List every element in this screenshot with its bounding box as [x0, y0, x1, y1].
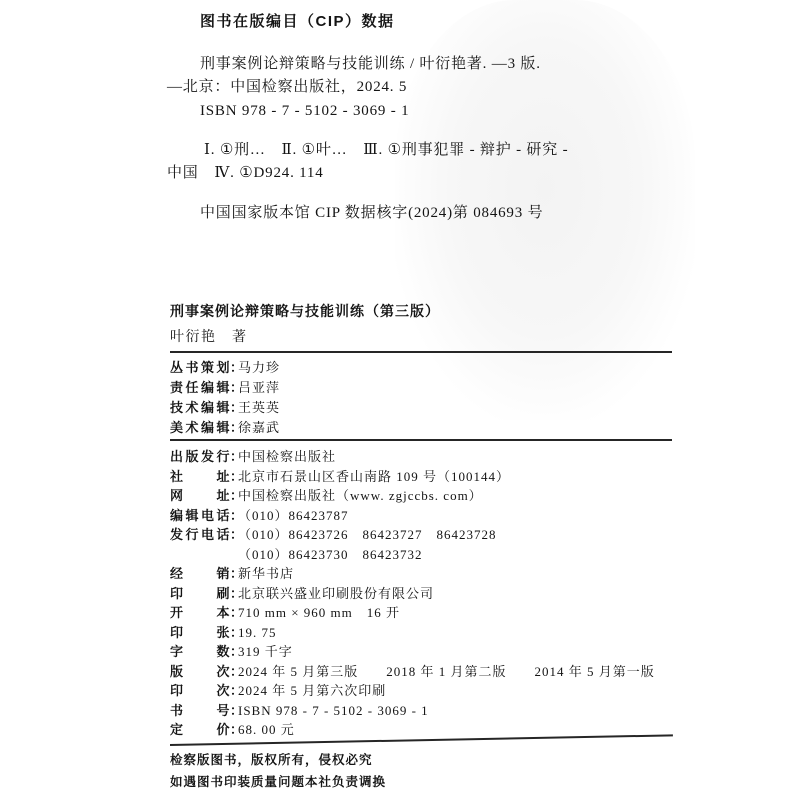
- publishing-row: 社 址：北京市石景山区香山南路 109 号（100144）: [170, 467, 510, 487]
- row-value: 中国检察出版社: [238, 447, 336, 467]
- cip-heading: 图书在版编目（CIP）数据: [200, 13, 395, 31]
- row-label: 网 址: [170, 486, 230, 506]
- row-value: 北京市石景山区香山南路 109 号（100144）: [238, 467, 510, 487]
- cip-line-record-number: 中国国家版本馆 CIP 数据核字(2024)第 084693 号: [200, 204, 543, 222]
- divider-rule: [170, 351, 672, 353]
- row-label: 发行电话: [170, 525, 230, 545]
- row-label: 编辑电话: [170, 506, 230, 526]
- row-colon: ：: [230, 358, 238, 378]
- row-value: 68. 00 元: [238, 720, 295, 740]
- row-colon: ：: [230, 681, 238, 701]
- publishing-row: 版 次：2024 年 5 月第三版 2018 年 1 月第二版 2014 年 5…: [170, 662, 655, 682]
- cip-line-isbn: ISBN 978 - 7 - 5102 - 3069 - 1: [200, 102, 409, 120]
- publishing-row: 印 刷：北京联兴盛业印刷股份有限公司: [170, 584, 434, 604]
- row-value: （010）86423726 86423727 86423728: [238, 525, 497, 545]
- row-value: 中国检察出版社（www. zgjccbs. com）: [238, 486, 483, 506]
- row-label: 开 本: [170, 603, 230, 623]
- row-colon: ：: [230, 564, 238, 584]
- row-colon: ：: [230, 378, 238, 398]
- row-label: 印 刷: [170, 584, 230, 604]
- row-value: （010）86423730 86423732: [238, 545, 423, 565]
- publishing-row: 印 次：2024 年 5 月第六次印刷: [170, 681, 386, 701]
- row-colon: ：: [230, 642, 238, 662]
- editor-row: 责任编辑：吕亚萍: [170, 378, 280, 398]
- row-colon: ：: [230, 662, 238, 682]
- replacement-notice: 如遇图书印装质量问题本社负责调换: [170, 773, 386, 791]
- row-colon: ：: [230, 398, 238, 418]
- row-value: 2024 年 5 月第三版 2018 年 1 月第二版 2014 年 5 月第一…: [238, 662, 655, 682]
- row-colon: ：: [230, 603, 238, 623]
- row-label: 印 次: [170, 681, 230, 701]
- editor-row: 丛书策划：马力珍: [170, 358, 280, 378]
- row-value: 19. 75: [238, 623, 277, 643]
- row-value: 710 mm × 960 mm 16 开: [238, 603, 400, 623]
- row-colon: ：: [230, 623, 238, 643]
- publishing-row: 编辑电话：（010）86423787: [170, 506, 349, 526]
- publishing-row-continuation: （010）86423730 86423732: [170, 545, 423, 565]
- row-label: 经 销: [170, 564, 230, 584]
- row-label: 版 次: [170, 662, 230, 682]
- row-label: [170, 545, 230, 565]
- cip-line-classification: 中国 Ⅳ. ①D924. 114: [167, 164, 324, 182]
- row-colon: ：: [230, 467, 238, 487]
- row-value: 马力珍: [238, 358, 280, 378]
- publishing-row: 字 数：319 千字: [170, 642, 293, 662]
- row-colon: ：: [230, 701, 238, 721]
- publishing-row: 定 价：68. 00 元: [170, 720, 295, 740]
- row-label: 定 价: [170, 720, 230, 740]
- row-value: 徐嘉武: [238, 418, 280, 438]
- divider-rule: [170, 439, 672, 441]
- row-label: 社 址: [170, 467, 230, 487]
- row-colon: ：: [230, 584, 238, 604]
- row-colon: ：: [230, 418, 238, 438]
- row-colon: ：: [230, 506, 238, 526]
- book-title: 刑事案例论辩策略与技能训练（第三版）: [170, 302, 440, 320]
- editor-row: 技术编辑：王英英: [170, 398, 280, 418]
- row-label: 美术编辑: [170, 418, 230, 438]
- publishing-row: 印 张：19. 75: [170, 623, 277, 643]
- row-colon: ：: [230, 486, 238, 506]
- publishing-row: 经 销：新华书店: [170, 564, 294, 584]
- row-colon: ：: [230, 447, 238, 467]
- publishing-row: 开 本：710 mm × 960 mm 16 开: [170, 603, 400, 623]
- row-value: 吕亚萍: [238, 378, 280, 398]
- row-colon: ：: [230, 525, 238, 545]
- publishing-row: 发行电话：（010）86423726 86423727 86423728: [170, 525, 497, 545]
- row-label: 印 张: [170, 623, 230, 643]
- row-colon-spacer: [230, 545, 238, 565]
- row-label: 技术编辑: [170, 398, 230, 418]
- row-value: （010）86423787: [238, 506, 349, 526]
- publishing-row: 出版发行：中国检察出版社: [170, 447, 336, 467]
- row-value: 北京联兴盛业印刷股份有限公司: [238, 584, 434, 604]
- cip-line-title: 刑事案例论辩策略与技能训练 / 叶衍艳著. —3 版.: [200, 55, 541, 73]
- book-author: 叶衍艳 著: [170, 329, 248, 347]
- row-value: 王英英: [238, 398, 280, 418]
- row-value: ISBN 978 - 7 - 5102 - 3069 - 1: [238, 701, 429, 721]
- copyright-notice: 检察版图书，版权所有，侵权必究: [170, 751, 373, 769]
- publishing-row: 网 址：中国检察出版社（www. zgjccbs. com）: [170, 486, 483, 506]
- row-value: 新华书店: [238, 564, 294, 584]
- row-value: 2024 年 5 月第六次印刷: [238, 681, 386, 701]
- editor-row: 美术编辑：徐嘉武: [170, 418, 280, 438]
- row-label: 出版发行: [170, 447, 230, 467]
- row-label: 丛书策划: [170, 358, 230, 378]
- row-colon: ：: [230, 720, 238, 740]
- publishing-row: 书 号：ISBN 978 - 7 - 5102 - 3069 - 1: [170, 701, 429, 721]
- cip-line-subjects: Ⅰ. ①刑… Ⅱ. ①叶… Ⅲ. ①刑事犯罪 - 辩护 - 研究 -: [204, 141, 568, 159]
- row-label: 书 号: [170, 701, 230, 721]
- cip-line-publisher: —北京：中国检察出版社，2024. 5: [167, 78, 407, 96]
- row-label: 责任编辑: [170, 378, 230, 398]
- row-value: 319 千字: [238, 642, 293, 662]
- row-label: 字 数: [170, 642, 230, 662]
